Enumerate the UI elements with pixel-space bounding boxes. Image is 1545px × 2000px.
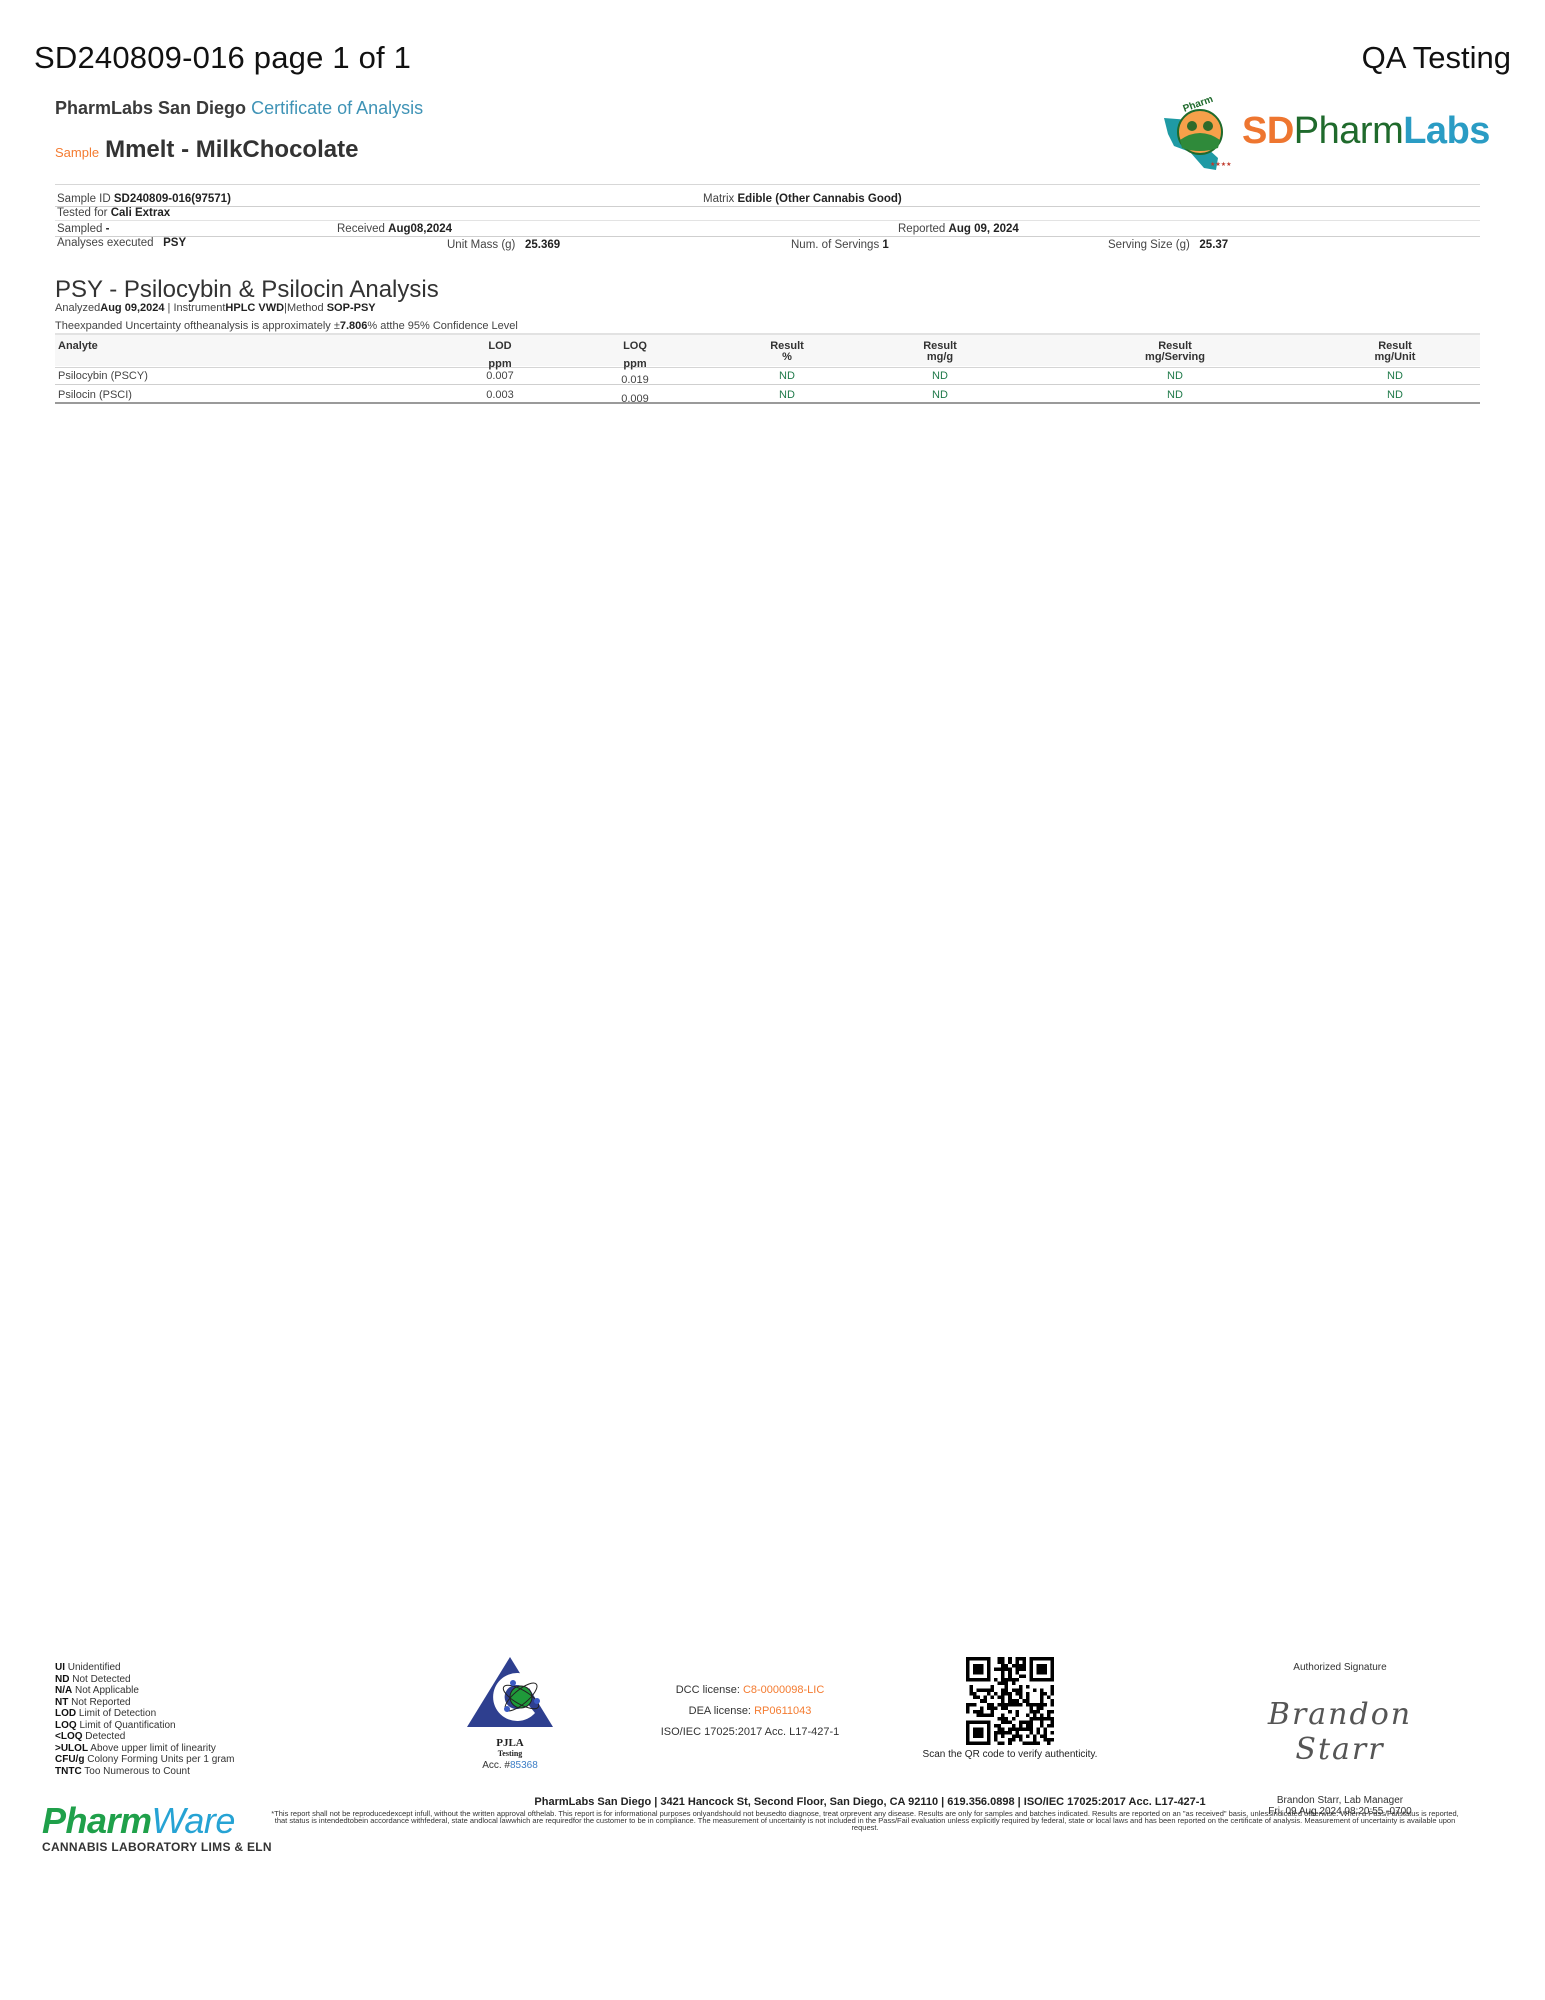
footer-address: PharmLabs San Diego | 3421 Hancock St, S… xyxy=(270,1796,1470,1808)
logo-wordmark: SDPharmLabs xyxy=(1242,110,1490,153)
cell-lod: 0.003 xyxy=(450,389,550,401)
pjla-accreditation-number: Acc. #85368 xyxy=(455,1760,565,1771)
pjla-accreditation: PJLA Testing Acc. #85368 xyxy=(455,1655,565,1771)
abbreviation-legend: UI UnidentifiedND Not DetectedN/A Not Ap… xyxy=(55,1662,235,1777)
legend-item: CFU/g Colony Forming Units per 1 gram xyxy=(55,1754,235,1766)
legend-item: NT Not Reported xyxy=(55,1697,235,1709)
pharmware-tagline: CANNABIS LABORATORY LIMS & ELN xyxy=(42,1840,272,1854)
table-row: Psilocybin (PSCY)0.0070.019NDNDNDND xyxy=(55,366,1480,385)
legend-item: >ULOL Above upper limit of linearity xyxy=(55,1743,235,1755)
dea-license: DEA license: RP0611043 xyxy=(640,1701,860,1722)
svg-text:★★★★: ★★★★ xyxy=(1210,161,1232,168)
logo-labs: Labs xyxy=(1403,110,1490,152)
signature-image: Brandon Starr xyxy=(1230,1697,1450,1767)
sampled-field: Sampled - xyxy=(57,223,109,235)
column-header-result-mg-serving: Resultmg/Serving xyxy=(1065,341,1285,363)
logo-sd: SD xyxy=(1242,110,1294,152)
legend-item: <LOQ Detected xyxy=(55,1731,235,1743)
california-emblem-icon: Pharm ★★★★ xyxy=(1160,96,1238,174)
info-row-analyses: Analyses executed PSY Unit Mass (g) 25.3… xyxy=(55,237,1480,253)
pharmware-ware: Ware xyxy=(152,1800,235,1841)
column-header-result-mg-unit: Resultmg/Unit xyxy=(1315,341,1475,363)
qr-code-icon[interactable] xyxy=(966,1657,1054,1745)
legend-item: LOD Limit of Detection xyxy=(55,1708,235,1720)
pjla-acc-link[interactable]: 85368 xyxy=(510,1760,538,1771)
sample-heading: SampleMmelt - MilkChocolate xyxy=(55,136,358,164)
legend-item: LOQ Limit of Quantification xyxy=(55,1720,235,1732)
sample-label: Sample xyxy=(55,145,99,160)
sample-id-field: Sample ID SD240809-016(97571) xyxy=(57,193,231,205)
sample-name: Mmelt - MilkChocolate xyxy=(105,136,358,163)
legend-item: N/A Not Applicable xyxy=(55,1685,235,1697)
info-row-sample: Sample ID SD240809-016(97571) Matrix Edi… xyxy=(55,191,1480,207)
table-row: Psilocin (PSCI)0.0030.009NDNDNDND xyxy=(55,385,1480,404)
cell-pct: ND xyxy=(727,370,847,382)
page-tag: QA Testing xyxy=(1362,40,1511,76)
analysis-title: PSY - Psilocybin & Psilocin Analysis xyxy=(55,276,439,304)
logo-pharm: Pharm xyxy=(1294,110,1403,152)
dcc-license: DCC license: C8-0000098-LIC xyxy=(640,1680,860,1701)
uncertainty-statement: Theexpanded Uncertainty oftheanalysis is… xyxy=(55,320,518,334)
tested-for-field: Tested for Cali Extrax xyxy=(57,207,170,219)
matrix-field: Matrix Edible (Other Cannabis Good) xyxy=(703,193,902,205)
cell-mg-unit: ND xyxy=(1315,389,1475,401)
lab-name: PharmLabs San Diego xyxy=(55,98,246,118)
results-header: AnalyteLODppmLOQppmResult%Resultmg/gResu… xyxy=(55,333,1480,366)
cell-analyte: Psilocybin (PSCY) xyxy=(58,370,148,382)
cell-lod: 0.007 xyxy=(450,370,550,382)
legend-item: UI Unidentified xyxy=(55,1662,235,1674)
sample-info-grid: Sample ID SD240809-016(97571) Matrix Edi… xyxy=(55,184,1480,253)
cell-mg-unit: ND xyxy=(1315,370,1475,382)
sdpharmlabs-logo: Pharm ★★★★ SDPharmLabs xyxy=(1160,96,1490,174)
cell-mg-serving: ND xyxy=(1065,389,1285,401)
cell-pct: ND xyxy=(727,389,847,401)
pjla-name: PJLA xyxy=(455,1737,565,1749)
cell-mg-serving: ND xyxy=(1065,370,1285,382)
verification-qr: Scan the QR code to verify authenticity. xyxy=(910,1657,1110,1760)
results-table: AnalyteLODppmLOQppmResult%Resultmg/gResu… xyxy=(55,333,1480,404)
analyses-field: Analyses executed PSY xyxy=(57,237,186,249)
cell-loq: 0.009 xyxy=(585,393,685,405)
iso-accreditation: ISO/IEC 17025:2017 Acc. L17-427-1 xyxy=(640,1722,860,1743)
received-field: Received Aug08,2024 xyxy=(337,223,452,235)
legend-item: TNTC Too Numerous to Count xyxy=(55,1766,235,1778)
signature-title: Authorized Signature xyxy=(1230,1662,1450,1673)
servings-field: Num. of Servings 1 xyxy=(791,239,889,251)
serving-size-field: Serving Size (g) 25.37 xyxy=(1108,239,1228,251)
pharmware-logo: PharmWare CANNABIS LABORATORY LIMS & ELN xyxy=(42,1800,272,1854)
document-title: Certificate of Analysis xyxy=(251,98,423,118)
reported-field: Reported Aug 09, 2024 xyxy=(898,223,1019,235)
info-row-dates: Sampled - Received Aug08,2024 Reported A… xyxy=(55,221,1480,237)
info-row-tested-for: Tested for Cali Extrax xyxy=(55,207,1480,221)
pjla-logo-icon xyxy=(465,1655,555,1730)
column-header-result: Result% xyxy=(727,341,847,363)
license-info: DCC license: C8-0000098-LIC DEA license:… xyxy=(640,1680,860,1743)
pjla-sub: Testing xyxy=(455,1749,565,1758)
qr-caption: Scan the QR code to verify authenticity. xyxy=(910,1749,1110,1760)
cell-mg-g: ND xyxy=(880,370,1000,382)
lab-heading: PharmLabs San Diego Certificate of Analy… xyxy=(55,98,423,119)
page-identifier: SD240809-016 page 1 of 1 xyxy=(34,40,411,76)
column-header-analyte: Analyte xyxy=(58,341,358,352)
unit-mass-field: Unit Mass (g) 25.369 xyxy=(447,239,560,251)
column-header-result-mg-g: Resultmg/g xyxy=(880,341,1000,363)
legend-item: ND Not Detected xyxy=(55,1674,235,1686)
pharmware-pharm: Pharm xyxy=(42,1800,152,1841)
footer-disclaimer: *This report shall not be reproducedexce… xyxy=(270,1810,1460,1831)
cell-analyte: Psilocin (PSCI) xyxy=(58,389,132,401)
analysis-meta: AnalyzedAug 09,2024 | InstrumentHPLC VWD… xyxy=(55,302,376,314)
authorized-signature: Authorized Signature Brandon Starr Brand… xyxy=(1230,1662,1450,1817)
cell-mg-g: ND xyxy=(880,389,1000,401)
